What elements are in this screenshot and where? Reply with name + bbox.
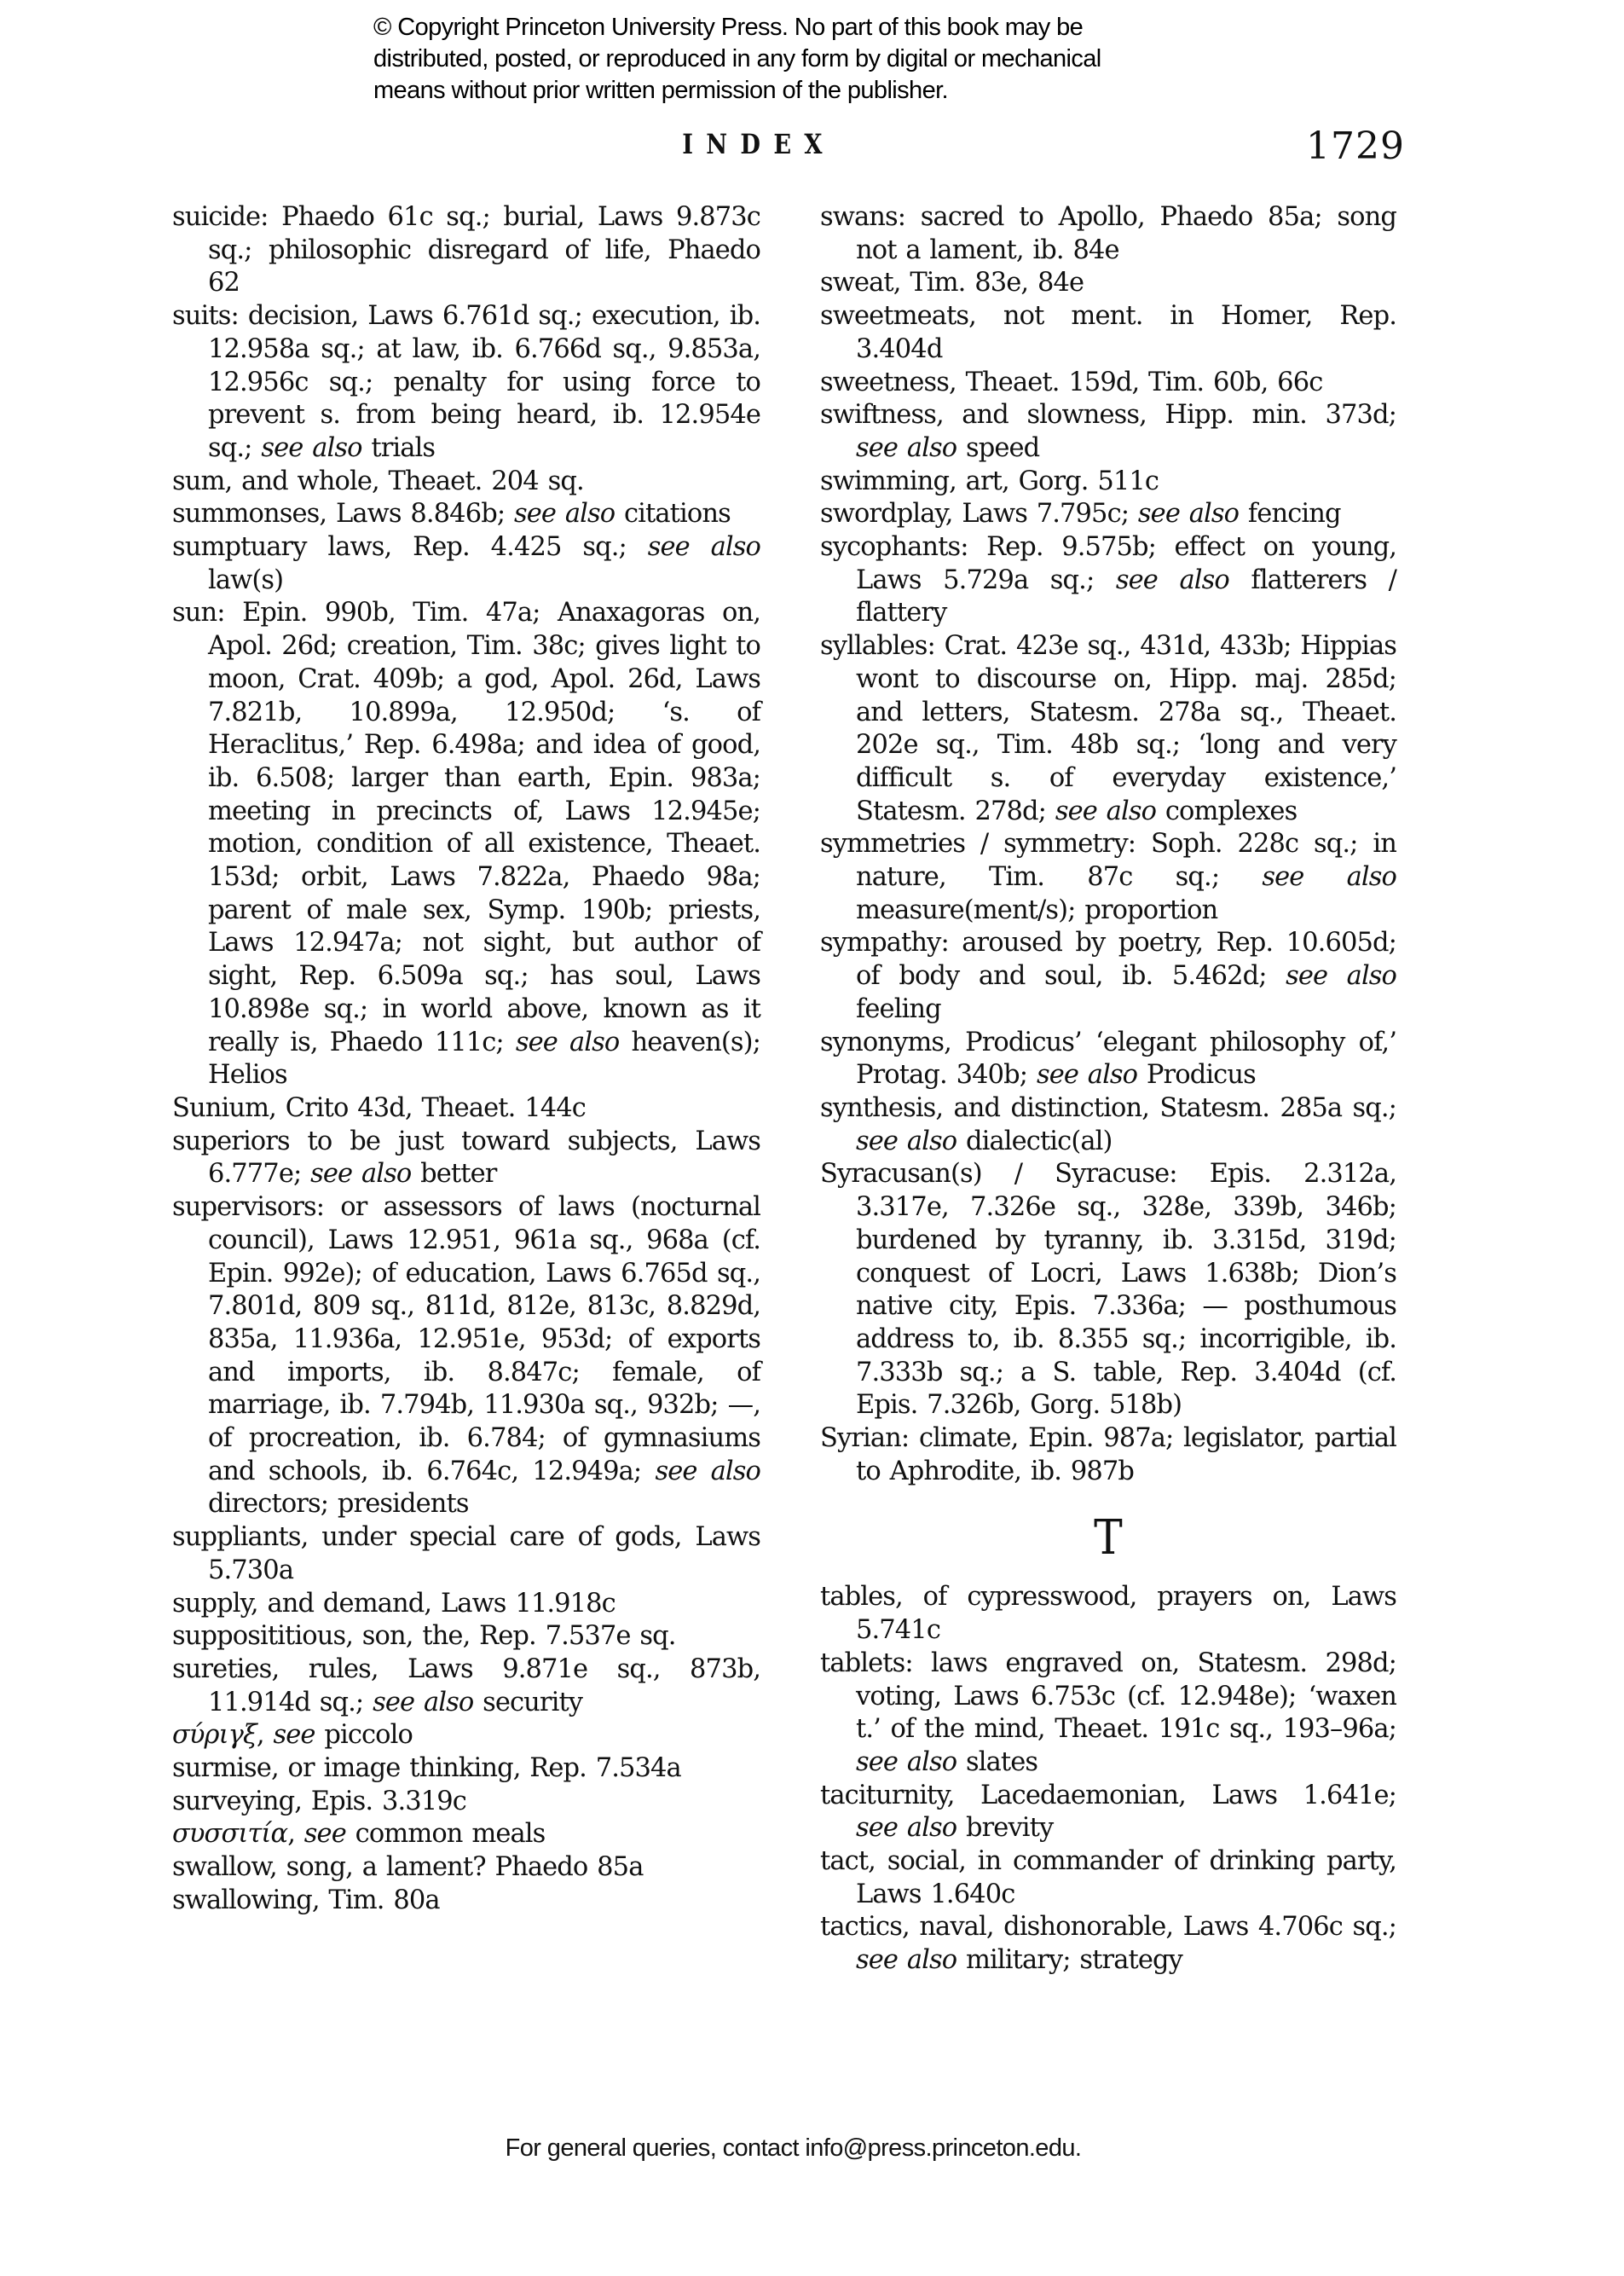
entry-italic-text: see also — [1116, 565, 1229, 595]
entry-text: suicide: Phaedo 61c sq.; burial, Laws 9.… — [172, 202, 760, 298]
index-column-right: swans: sacred to Apollo, Phaedo 85a; son… — [820, 201, 1396, 1978]
footer-contact: For general queries, contact info@press.… — [0, 2134, 1624, 2163]
copyright-line: © Copyright Princeton University Press. … — [373, 12, 1226, 43]
entry-italic-text: see also — [261, 433, 361, 463]
section-heading-t: T — [849, 1514, 1367, 1562]
index-entry: supply, and demand, Laws 11.918c — [172, 1588, 760, 1621]
entry-italic-text: see — [273, 1720, 315, 1750]
index-entry: suits: decision, Laws 6.761d sq.; execut… — [172, 300, 760, 466]
running-title: INDEX — [549, 128, 969, 160]
index-entry: sympathy: aroused by poetry, Rep. 10.605… — [820, 927, 1396, 1026]
index-entry: σύριγξ, see piccolo — [172, 1719, 760, 1752]
entry-italic-text: see — [304, 1819, 346, 1849]
index-entry: synonyms, Prodicus’ ‘elegant philosophy … — [820, 1027, 1396, 1092]
entry-text: feeling — [856, 994, 941, 1024]
entry-italic-text: see also — [1037, 1060, 1137, 1090]
entry-text: dialectic(al) — [956, 1126, 1112, 1156]
index-entry: sureties, rules, Laws 9.871e sq., 873b, … — [172, 1653, 760, 1719]
entry-italic-text: συσσιτία — [172, 1819, 287, 1849]
index-entry: surveying, Epis. 3.319c — [172, 1786, 760, 1819]
entry-text: summonses, Laws 8.846b; — [172, 499, 514, 529]
index-entry: suppliants, under special care of gods, … — [172, 1521, 760, 1587]
index-entry: supervisors: or assessors of laws (noctu… — [172, 1191, 760, 1521]
index-column-left: suicide: Phaedo 61c sq.; burial, Laws 9.… — [172, 201, 760, 1918]
entry-text: , — [257, 1720, 274, 1750]
index-entry: tactics, naval, dishonorable, Laws 4.706… — [820, 1911, 1396, 1977]
index-entry: sweetness, Theaet. 159d, Tim. 60b, 66c — [820, 367, 1396, 400]
index-entry: Syrian: climate, Epin. 987a; legislator,… — [820, 1422, 1396, 1488]
entry-text: Syracusan(s) / Syracuse: Epis. 2.312a, 3… — [820, 1159, 1396, 1420]
index-entry: swallow, song, a lament? Phaedo 85a — [172, 1851, 760, 1885]
index-entry: tables, of cypresswood, prayers on, Laws… — [820, 1581, 1396, 1647]
entry-text: supposititious, son, the, Rep. 7.537e sq… — [172, 1621, 676, 1651]
index-entry: taciturnity, Lacedaemonian, Laws 1.641e;… — [820, 1780, 1396, 1845]
entry-text: swiftness, and slowness, Hipp. min. 373d… — [820, 400, 1396, 430]
entry-text: tactics, naval, dishonorable, Laws 4.706… — [820, 1912, 1396, 1942]
entry-text: supply, and demand, Laws 11.918c — [172, 1589, 616, 1619]
entry-text: Sunium, Crito 43d, Theaet. 144c — [172, 1093, 586, 1123]
entry-italic-text: see also — [1262, 862, 1396, 892]
entry-text: sweat, Tim. 83e, 84e — [820, 268, 1084, 298]
entry-text: tables, of cypresswood, prayers on, Laws… — [820, 1582, 1396, 1645]
entry-italic-text: see also — [1286, 961, 1396, 991]
index-entry: symmetries / symmetry: Soph. 228c sq.; i… — [820, 828, 1396, 927]
index-entry: swans: sacred to Apollo, Phaedo 85a; son… — [820, 201, 1396, 267]
footer-text: For general queries, contact info@press.… — [506, 2134, 1082, 2163]
entry-italic-text: see also — [648, 532, 760, 562]
index-entry: suicide: Phaedo 61c sq.; burial, Laws 9.… — [172, 201, 760, 300]
entry-italic-text: see also — [1138, 499, 1239, 529]
entry-italic-text: see also — [373, 1688, 473, 1717]
entry-italic-text: see also — [514, 499, 615, 529]
entry-text: military; strategy — [956, 1945, 1182, 1975]
entry-italic-text: see also — [856, 1813, 956, 1843]
entry-text: sun: Epin. 990b, Tim. 47a; Anaxagoras on… — [172, 598, 760, 1057]
index-entry: tablets: laws engraved on, Statesm. 298d… — [820, 1648, 1396, 1780]
entry-text: swimming, art, Gorg. 511c — [820, 466, 1159, 496]
entry-italic-text: see also — [1055, 796, 1156, 826]
entry-text: , — [287, 1819, 304, 1849]
index-entry: συσσιτία, see common meals — [172, 1818, 760, 1851]
index-entry: synthesis, and distinction, Statesm. 285… — [820, 1092, 1396, 1158]
index-entry: swimming, art, Gorg. 511c — [820, 466, 1396, 499]
entry-text: law(s) — [208, 565, 283, 595]
index-entry: sun: Epin. 990b, Tim. 47a; Anaxagoras on… — [172, 597, 760, 1092]
index-entry: syllables: Crat. 423e sq., 431d, 433b; H… — [820, 630, 1396, 828]
index-entry: superiors to be just toward subjects, La… — [172, 1126, 760, 1191]
entry-text: piccolo — [315, 1720, 413, 1750]
entry-text: supervisors: or assessors of laws (noctu… — [172, 1192, 760, 1486]
entry-text: sweetmeats, not ment. in Homer, Rep. 3.4… — [820, 301, 1396, 364]
entry-text: trials — [362, 433, 436, 463]
entry-text: brevity — [956, 1813, 1053, 1843]
index-entry: swiftness, and slowness, Hipp. min. 373d… — [820, 399, 1396, 465]
entry-text: measure(ment/s); proportion — [856, 895, 1217, 925]
entry-text: Prodicus — [1137, 1060, 1256, 1090]
entry-text: fencing — [1239, 499, 1340, 529]
entry-text: speed — [956, 433, 1039, 463]
entry-text: tablets: laws engraved on, Statesm. 298d… — [820, 1648, 1396, 1744]
entry-text: Syrian: climate, Epin. 987a; legislator,… — [820, 1423, 1396, 1486]
entry-text: synthesis, and distinction, Statesm. 285… — [820, 1093, 1396, 1123]
entry-italic-text: see also — [856, 1945, 956, 1975]
copyright-line: means without prior written permission o… — [373, 75, 1226, 107]
entry-text: sumptuary laws, Rep. 4.425 sq.; — [172, 532, 648, 562]
entry-text: swallow, song, a lament? Phaedo 85a — [172, 1852, 643, 1882]
entry-text: surveying, Epis. 3.319c — [172, 1787, 466, 1816]
entry-text: suppliants, under special care of gods, … — [172, 1522, 760, 1585]
entry-text: sum, and whole, Theaet. 204 sq. — [172, 466, 584, 496]
entry-italic-text: see also — [516, 1028, 620, 1057]
index-entry: swallowing, Tim. 80a — [172, 1885, 760, 1918]
index-entries-t: tables, of cypresswood, prayers on, Laws… — [820, 1581, 1396, 1977]
index-entry: sum, and whole, Theaet. 204 sq. — [172, 466, 760, 499]
copyright-notice: © Copyright Princeton University Press. … — [373, 12, 1226, 107]
entry-text: slates — [956, 1747, 1037, 1777]
entry-text: sweetness, Theaet. 159d, Tim. 60b, 66c — [820, 368, 1322, 397]
entry-text: directors; presidents — [208, 1489, 469, 1519]
entry-italic-text: see also — [856, 1126, 956, 1156]
entry-text: swallowing, Tim. 80a — [172, 1885, 440, 1915]
entry-italic-text: σύριγξ — [172, 1720, 257, 1750]
entry-italic-text: see also — [310, 1159, 411, 1189]
entry-text: tact, social, in commander of drinking p… — [820, 1846, 1396, 1909]
entry-italic-text: see also — [655, 1457, 760, 1486]
index-entry: sweetmeats, not ment. in Homer, Rep. 3.4… — [820, 300, 1396, 366]
copyright-line: distributed, posted, or reproduced in an… — [373, 43, 1226, 75]
entry-italic-text: see also — [856, 433, 956, 463]
entry-text: security — [473, 1688, 582, 1717]
entry-text: better — [411, 1159, 496, 1189]
index-entry: Sunium, Crito 43d, Theaet. 144c — [172, 1092, 760, 1126]
index-entry: Syracusan(s) / Syracuse: Epis. 2.312a, 3… — [820, 1158, 1396, 1422]
index-entry: sumptuary laws, Rep. 4.425 sq.; see also… — [172, 531, 760, 597]
entry-text: common meals — [346, 1819, 546, 1849]
index-entry: sweat, Tim. 83e, 84e — [820, 267, 1396, 300]
index-entry: surmise, or image thinking, Rep. 7.534a — [172, 1752, 760, 1786]
entry-italic-text: see also — [856, 1747, 956, 1777]
index-entries-s: swans: sacred to Apollo, Phaedo 85a; son… — [820, 201, 1396, 1488]
index-entry: supposititious, son, the, Rep. 7.537e sq… — [172, 1620, 760, 1653]
entry-text: surmise, or image thinking, Rep. 7.534a — [172, 1753, 681, 1783]
entry-text: taciturnity, Lacedaemonian, Laws 1.641e; — [820, 1781, 1396, 1810]
entry-text: swordplay, Laws 7.795c; — [820, 499, 1138, 529]
index-entry: tact, social, in commander of drinking p… — [820, 1845, 1396, 1911]
entry-text: complexes — [1156, 796, 1297, 826]
page-number: 1729 — [1306, 125, 1405, 168]
index-entry: swordplay, Laws 7.795c; see also fencing — [820, 498, 1396, 531]
index-entry: sycophants: Rep. 9.575b; effect on young… — [820, 531, 1396, 630]
entry-text: swans: sacred to Apollo, Phaedo 85a; son… — [820, 202, 1396, 265]
index-entry: summonses, Laws 8.846b; see also citatio… — [172, 498, 760, 531]
entry-text: citations — [615, 499, 731, 529]
